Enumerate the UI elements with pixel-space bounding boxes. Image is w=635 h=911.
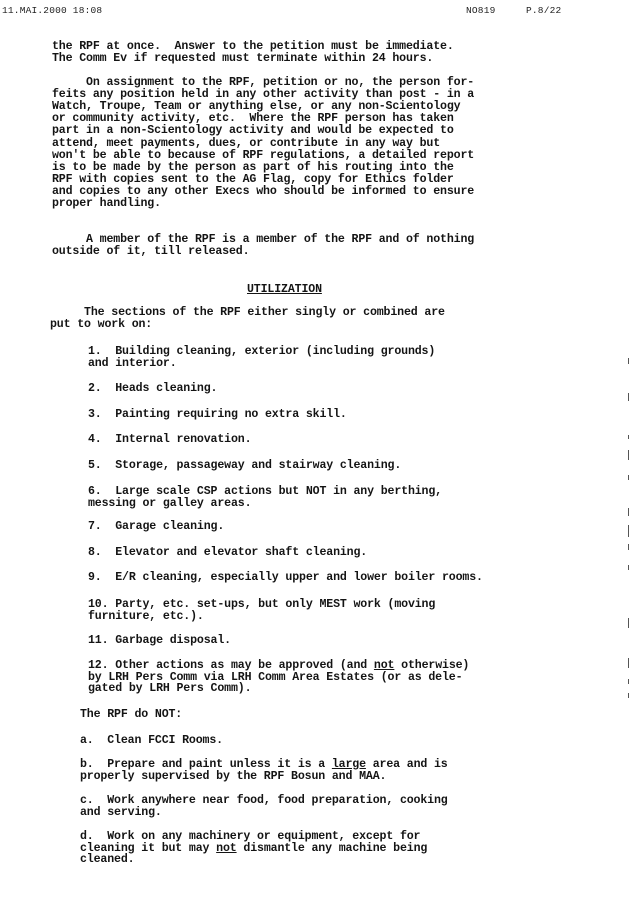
work-item: furniture, etc.). [88, 611, 204, 623]
work-item: 8. Elevator and elevator shaft cleaning. [88, 547, 367, 559]
work-item: 10. Party, etc. set-ups, but only MEST w… [88, 599, 435, 611]
paragraph-line: part in a non-Scientology activity and w… [52, 125, 454, 137]
work-item: 5. Storage, passageway and stairway clea… [88, 460, 401, 472]
paragraph-line: put to work on: [50, 319, 152, 331]
paragraph-line: feits any position held in any other act… [52, 89, 474, 101]
work-item: 4. Internal renovation. [88, 434, 251, 446]
margin-mark [628, 679, 629, 684]
not-item: a. Clean FCCI Rooms. [80, 735, 223, 747]
work-item: 9. E/R cleaning, especially upper and lo… [88, 572, 483, 584]
paragraph-line: Watch, Troupe, Team or anything else, or… [52, 101, 460, 113]
not-item: d. Work on any machinery or equipment, e… [80, 831, 420, 843]
paragraph-line: won't be able to because of RPF regulati… [52, 150, 474, 162]
work-item: gated by LRH Pers Comm). [88, 683, 251, 695]
not-item: cleaned. [80, 854, 134, 866]
margin-mark [628, 525, 629, 537]
paragraph-line: and copies to any other Execs who should… [52, 186, 474, 198]
paragraph-line: The sections of the RPF either singly or… [50, 307, 445, 319]
not-item: c. Work anywhere near food, food prepara… [80, 795, 448, 807]
work-item: 1. Building cleaning, exterior (includin… [88, 346, 435, 358]
margin-mark [628, 618, 629, 628]
paragraph-line: the RPF at once. Answer to the petition … [52, 41, 454, 53]
work-item: and interior. [88, 358, 177, 370]
not-item: b. Prepare and paint unless it is a larg… [80, 759, 448, 771]
paragraph-line: On assignment to the RPF, petition or no… [52, 77, 474, 89]
margin-mark [628, 565, 629, 570]
margin-mark [628, 450, 629, 460]
work-item: 11. Garbage disposal. [88, 635, 231, 647]
margin-mark [628, 544, 629, 550]
not-item: and serving. [80, 807, 162, 819]
margin-mark [628, 475, 629, 480]
paragraph-line: is to be made by the person as part of h… [52, 162, 454, 174]
margin-mark [628, 508, 629, 516]
fax-page: P.8/22 [526, 5, 561, 16]
work-item: 7. Garage cleaning. [88, 521, 224, 533]
paragraph-line: proper handling. [52, 198, 161, 210]
margin-mark [628, 393, 629, 401]
work-item: messing or galley areas. [88, 498, 251, 510]
paragraph-line: outside of it, till released. [52, 246, 249, 258]
not-item: properly supervised by the RPF Bosun and… [80, 771, 386, 783]
margin-mark [628, 658, 629, 668]
not-heading: The RPF do NOT: [80, 709, 182, 721]
paragraph-line: The Comm Ev if requested must terminate … [52, 53, 433, 65]
paragraph-line: or community activity, etc. Where the RP… [52, 113, 454, 125]
work-item: 3. Painting requiring no extra skill. [88, 409, 347, 421]
paragraph-line: A member of the RPF is a member of the R… [52, 234, 474, 246]
work-item: 12. Other actions as may be approved (an… [88, 660, 469, 672]
work-item: 2. Heads cleaning. [88, 383, 217, 395]
paragraph-line: attend, meet payments, dues, or contribu… [52, 138, 440, 150]
margin-mark [628, 358, 629, 364]
margin-mark [628, 693, 629, 698]
fax-datetime: 11.MAI.2000 18:08 [2, 5, 102, 16]
fax-number: NO819 [466, 5, 496, 16]
margin-mark [628, 435, 629, 439]
work-item: 6. Large scale CSP actions but NOT in an… [88, 486, 442, 498]
paragraph-line: RPF with copies sent to the AG Flag, cop… [52, 174, 454, 186]
section-heading: UTILIZATION [247, 284, 322, 296]
